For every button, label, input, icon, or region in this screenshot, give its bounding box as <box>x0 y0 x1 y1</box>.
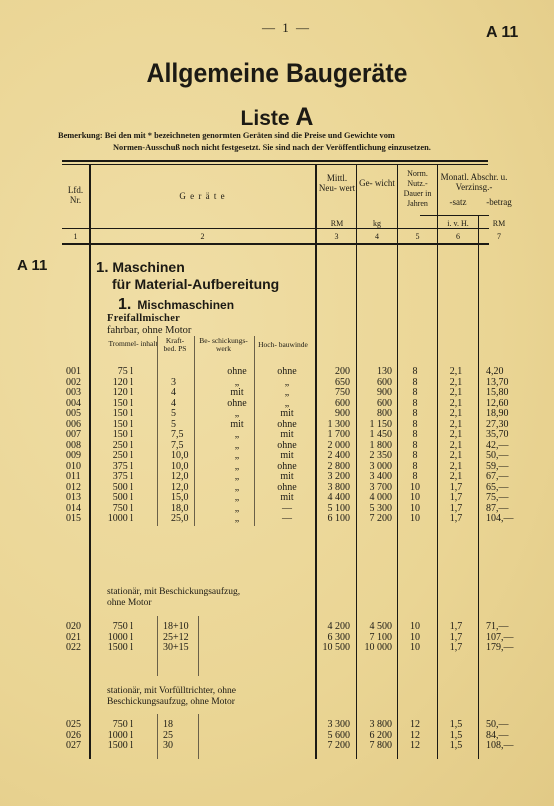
list-label: Liste <box>241 107 290 130</box>
cell-neuwert: 200 <box>335 367 350 377</box>
cell-betrag: 108,— <box>486 741 514 751</box>
page-number: — 1 — <box>262 20 311 36</box>
cell-kraftbedarf: 5 <box>171 409 176 419</box>
cell-satz: 2,1 <box>441 462 471 472</box>
cell-gewicht: 1 150 <box>370 420 393 430</box>
cell-betrag: 13,70 <box>486 378 509 388</box>
cell-nutzdauer: 8 <box>400 472 430 482</box>
cell-trommelinhalt: 120 l <box>113 378 133 388</box>
header-satz-unit: i. v. H. <box>439 219 477 229</box>
cell-satz: 2,1 <box>441 420 471 430</box>
cell-trommelinhalt: 1500 l <box>108 643 133 653</box>
cell-betrag: 35,70 <box>486 430 509 440</box>
colnum-2: 2 <box>90 232 315 241</box>
cell-trommelinhalt: 250 l <box>113 451 133 461</box>
cell-trommelinhalt: 250 l <box>113 441 133 451</box>
cell-hochbauwinde: ohne <box>262 367 312 377</box>
cell-neuwert: 7 200 <box>328 741 351 751</box>
cell-trommelinhalt: 375 l <box>113 472 133 482</box>
cell-nutzdauer: 8 <box>400 430 430 440</box>
cell-nr: 026 <box>66 731 81 741</box>
cell-nr: 027 <box>66 741 81 751</box>
cell-satz: 1,7 <box>441 483 471 493</box>
cell-neuwert: 1 700 <box>328 430 351 440</box>
cell-nutzdauer: 10 <box>400 622 430 632</box>
cell-kraftbedarf: 25 <box>163 731 173 741</box>
table-row: 0151000 l25,0„—6 1007 200101,7104,— <box>0 514 554 524</box>
header-gewicht-unit: kg <box>358 219 396 229</box>
cell-nutzdauer: 12 <box>400 731 430 741</box>
cell-nutzdauer: 10 <box>400 633 430 643</box>
cell-nutzdauer: 10 <box>400 504 430 514</box>
cell-nr: 022 <box>66 643 81 653</box>
cell-beschickungswerk: „ <box>205 409 269 419</box>
cell-neuwert: 2 800 <box>328 462 351 472</box>
cell-kraftbedarf: 5 <box>171 420 176 430</box>
cell-hochbauwinde: ohne <box>262 420 312 430</box>
subheader-trommel: Trommel- inhalt <box>108 340 158 348</box>
cell-satz: 2,1 <box>441 409 471 419</box>
cell-nutzdauer: 8 <box>400 462 430 472</box>
colnum-6: 6 <box>438 232 478 241</box>
cell-nutzdauer: 10 <box>400 493 430 503</box>
cell-satz: 1,7 <box>441 504 471 514</box>
table-row: 014750 l18,0„—5 1005 300101,787,— <box>0 504 554 514</box>
cell-beschickungswerk: „ <box>205 483 269 493</box>
cell-nutzdauer: 8 <box>400 378 430 388</box>
cell-trommelinhalt: 750 l <box>113 504 133 514</box>
page-title: Allgemeine Baugeräte <box>22 58 532 89</box>
table-row: 008250 l7,5„ohne2 0001 80082,142,— <box>0 441 554 451</box>
cell-betrag: 75,— <box>486 493 509 503</box>
cell-kraftbedarf: 10,0 <box>171 462 189 472</box>
cell-beschickungswerk: „ <box>205 451 269 461</box>
cell-gewicht: 800 <box>377 409 392 419</box>
colnum-7: 7 <box>479 232 519 241</box>
cell-beschickungswerk: „ <box>205 514 269 524</box>
cell-hochbauwinde: mit <box>262 430 312 440</box>
table-row: 012500 l12,0„ohne3 8003 700101,765,— <box>0 483 554 493</box>
table-row: 010375 l10,0„ohne2 8003 00082,159,— <box>0 462 554 472</box>
cell-nr: 013 <box>66 493 81 503</box>
cell-kraftbedarf: 10,0 <box>171 451 189 461</box>
cell-neuwert: 900 <box>335 409 350 419</box>
cell-hochbauwinde: mit <box>262 451 312 461</box>
cell-neuwert: 5 100 <box>328 504 351 514</box>
cell-gewicht: 130 <box>377 367 392 377</box>
cell-nutzdauer: 12 <box>400 720 430 730</box>
cell-hochbauwinde: „ <box>262 399 312 409</box>
cell-gewicht: 10 000 <box>365 643 393 653</box>
cell-kraftbedarf: 18 <box>163 720 173 730</box>
cell-nutzdauer: 8 <box>400 388 430 398</box>
header-betrag: -betrag <box>479 197 519 207</box>
cell-betrag: 107,— <box>486 633 514 643</box>
cell-betrag: 67,— <box>486 472 509 482</box>
cell-beschickungswerk: „ <box>205 472 269 482</box>
cell-kraftbedarf: 3 <box>171 378 176 388</box>
cell-trommelinhalt: 750 l <box>113 622 133 632</box>
cell-neuwert: 6 300 <box>328 633 351 643</box>
cell-gewicht: 3 000 <box>370 462 393 472</box>
cell-gewicht: 4 000 <box>370 493 393 503</box>
cell-neuwert: 650 <box>335 378 350 388</box>
cell-kraftbedarf: 18,0 <box>171 504 189 514</box>
table-row: 007150 l7,5„mit1 7001 45082,135,70 <box>0 430 554 440</box>
cell-betrag: 179,— <box>486 643 514 653</box>
colnum-rule <box>62 243 489 245</box>
cell-satz: 2,1 <box>441 441 471 451</box>
cell-hochbauwinde: ohne <box>262 483 312 493</box>
cell-beschickungswerk: „ <box>205 493 269 503</box>
cell-hochbauwinde: mit <box>262 472 312 482</box>
remark-line-2: Normen-Ausschuß noch nicht festgesetzt. … <box>58 142 490 154</box>
cell-nr: 006 <box>66 420 81 430</box>
cell-hochbauwinde: ohne <box>262 441 312 451</box>
cell-nr: 005 <box>66 409 81 419</box>
cell-beschickungswerk: „ <box>205 430 269 440</box>
group-title: Freifallmischer <box>107 313 180 324</box>
table-row: 003120 l4mit„75090082,115,80 <box>0 388 554 398</box>
header-betrag-unit: RM <box>479 219 519 229</box>
colnum-1: 1 <box>62 232 89 241</box>
table-row: 006150 l5mitohne1 3001 15082,127,30 <box>0 420 554 430</box>
cell-beschickungswerk: mit <box>205 388 269 398</box>
cell-hochbauwinde: — <box>262 514 312 524</box>
cell-satz: 1,7 <box>441 493 471 503</box>
cell-nutzdauer: 8 <box>400 367 430 377</box>
cell-gewicht: 7 100 <box>370 633 393 643</box>
table-row: 0211000 l25+126 3007 100101,7107,— <box>0 633 554 643</box>
cell-satz: 1,7 <box>441 643 471 653</box>
cell-nr: 002 <box>66 378 81 388</box>
cell-gewicht: 4 500 <box>370 622 393 632</box>
list-heading: Liste A <box>0 103 554 132</box>
cell-trommelinhalt: 1000 l <box>108 731 133 741</box>
cell-satz: 2,1 <box>441 399 471 409</box>
cell-betrag: 104,— <box>486 514 514 524</box>
header-satz: -satz <box>439 197 477 207</box>
subheader-hoch: Hoch- bauwinde <box>256 341 310 349</box>
remark: Bemerkung: Bei den mit * bezeichneten ge… <box>58 130 490 154</box>
section-title-1: Maschinen <box>112 259 184 275</box>
cell-trommelinhalt: 120 l <box>113 388 133 398</box>
cell-nr: 009 <box>66 451 81 461</box>
cell-kraftbedarf: 4 <box>171 388 176 398</box>
side-section-code: A 11 <box>17 257 47 274</box>
header-gewicht: Ge- wicht <box>358 178 396 188</box>
cell-satz: 1,5 <box>441 731 471 741</box>
cell-betrag: 50,— <box>486 720 509 730</box>
section-number: 1. <box>96 259 109 276</box>
cell-betrag: 42,— <box>486 441 509 451</box>
list-letter: A <box>295 103 313 131</box>
cell-beschickungswerk: ohne <box>205 367 269 377</box>
cell-satz: 2,1 <box>441 472 471 482</box>
colnum-5: 5 <box>398 232 437 241</box>
cell-nr: 020 <box>66 622 81 632</box>
cell-trommelinhalt: 150 l <box>113 409 133 419</box>
cell-neuwert: 1 300 <box>328 420 351 430</box>
header-geraete: G e r ä t e <box>90 191 315 201</box>
cell-nr: 008 <box>66 441 81 451</box>
cell-nutzdauer: 8 <box>400 441 430 451</box>
cell-kraftbedarf: 18+10 <box>163 622 189 632</box>
table-row: 009250 l10,0„mit2 4002 35082,150,— <box>0 451 554 461</box>
cell-satz: 1,7 <box>441 514 471 524</box>
cell-gewicht: 7 200 <box>370 514 393 524</box>
cell-nr: 014 <box>66 504 81 514</box>
group2-line-1: stationär, mit Beschickungsaufzug, <box>107 587 240 598</box>
cell-gewicht: 1 800 <box>370 441 393 451</box>
subsection-heading: 1.Mischmaschinen <box>118 296 234 314</box>
cell-nr: 004 <box>66 399 81 409</box>
cell-kraftbedarf: 7,5 <box>171 441 184 451</box>
cell-satz: 2,1 <box>441 378 471 388</box>
cell-betrag: 65,— <box>486 483 509 493</box>
cell-hochbauwinde: „ <box>262 378 312 388</box>
cell-nr: 012 <box>66 483 81 493</box>
section-heading: 1. Maschinen für Material-Aufbereitung <box>96 259 279 293</box>
table-row: 0261000 l255 6006 200121,584,— <box>0 731 554 741</box>
table-row: 025750 l183 3003 800121,550,— <box>0 720 554 730</box>
cell-beschickungswerk: mit <box>205 420 269 430</box>
group3-line-1: stationär, mit Vorfülltrichter, ohne <box>107 686 236 697</box>
cell-neuwert: 3 200 <box>328 472 351 482</box>
cell-satz: 2,1 <box>441 388 471 398</box>
cell-satz: 2,1 <box>441 367 471 377</box>
cell-trommelinhalt: 150 l <box>113 399 133 409</box>
cell-nutzdauer: 8 <box>400 399 430 409</box>
cell-gewicht: 7 800 <box>370 741 393 751</box>
cell-beschickungswerk: „ <box>205 378 269 388</box>
header-lfd-nr: Lfd. Nr. <box>62 185 89 205</box>
header-monatl-abschr: Monatl. Abschr. u. Verzinsg.- <box>439 172 509 192</box>
cell-nr: 007 <box>66 430 81 440</box>
remark-line-1: Bemerkung: Bei den mit * bezeichneten ge… <box>58 131 395 140</box>
cell-trommelinhalt: 500 l <box>113 493 133 503</box>
cell-gewicht: 600 <box>377 399 392 409</box>
cell-kraftbedarf: 4 <box>171 399 176 409</box>
table-row: 020750 l18+104 2004 500101,771,— <box>0 622 554 632</box>
table-row: 0271500 l307 2007 800121,5108,— <box>0 741 554 751</box>
cell-kraftbedarf: 12,0 <box>171 483 189 493</box>
cell-gewicht: 3 700 <box>370 483 393 493</box>
cell-satz: 2,1 <box>441 451 471 461</box>
cell-neuwert: 2 000 <box>328 441 351 451</box>
cell-nutzdauer: 8 <box>400 420 430 430</box>
header-rule <box>62 228 489 229</box>
cell-satz: 1,7 <box>441 622 471 632</box>
cell-hochbauwinde: „ <box>262 388 312 398</box>
cell-neuwert: 3 800 <box>328 483 351 493</box>
cell-trommelinhalt: 75 l <box>118 367 133 377</box>
table-row: 005150 l5„mit90080082,118,90 <box>0 409 554 419</box>
subsection-title: Mischmaschinen <box>137 298 234 312</box>
group3-line-2: Beschickungsaufzug, ohne Motor <box>107 697 235 708</box>
table-row: 004150 l4ohne„60060082,112,60 <box>0 399 554 409</box>
cell-nutzdauer: 10 <box>400 483 430 493</box>
cell-nr: 003 <box>66 388 81 398</box>
cell-neuwert: 6 100 <box>328 514 351 524</box>
cell-neuwert: 4 200 <box>328 622 351 632</box>
cell-trommelinhalt: 150 l <box>113 430 133 440</box>
cell-nr: 015 <box>66 514 81 524</box>
group-subtitle: fahrbar, ohne Motor <box>107 325 191 336</box>
cell-beschickungswerk: „ <box>205 441 269 451</box>
cell-trommelinhalt: 1000 l <box>108 633 133 643</box>
cell-gewicht: 900 <box>377 388 392 398</box>
cell-beschickungswerk: „ <box>205 504 269 514</box>
table-row: 002120 l3„„65060082,113,70 <box>0 378 554 388</box>
cell-betrag: 18,90 <box>486 409 509 419</box>
cell-neuwert: 10 500 <box>323 643 351 653</box>
cell-nr: 021 <box>66 633 81 643</box>
cell-kraftbedarf: 12,0 <box>171 472 189 482</box>
cell-betrag: 71,— <box>486 622 509 632</box>
cell-trommelinhalt: 1000 l <box>108 514 133 524</box>
colnum-4: 4 <box>357 232 397 241</box>
cell-nr: 001 <box>66 367 81 377</box>
subheader-beschickung: Be- schickungs- werk <box>196 337 251 353</box>
cell-hochbauwinde: — <box>262 504 312 514</box>
cell-beschickungswerk: ohne <box>205 399 269 409</box>
cell-kraftbedarf: 30 <box>163 741 173 751</box>
table-row: 0221500 l30+1510 50010 000101,7179,— <box>0 643 554 653</box>
cell-gewicht: 2 350 <box>370 451 393 461</box>
cell-betrag: 4,20 <box>486 367 504 377</box>
table-top-rule-2 <box>62 164 488 165</box>
cell-betrag: 27,30 <box>486 420 509 430</box>
cell-trommelinhalt: 1500 l <box>108 741 133 751</box>
cell-nutzdauer: 12 <box>400 741 430 751</box>
cell-trommelinhalt: 375 l <box>113 462 133 472</box>
table-top-rule <box>62 160 488 162</box>
cell-betrag: 84,— <box>486 731 509 741</box>
cell-betrag: 50,— <box>486 451 509 461</box>
subsection-number: 1. <box>118 296 131 313</box>
cell-neuwert: 5 600 <box>328 731 351 741</box>
cell-neuwert: 4 400 <box>328 493 351 503</box>
cell-satz: 1,7 <box>441 633 471 643</box>
cell-nr: 025 <box>66 720 81 730</box>
cell-betrag: 87,— <box>486 504 509 514</box>
cell-kraftbedarf: 30+15 <box>163 643 189 653</box>
group2-line-2: ohne Motor <box>107 598 152 609</box>
table-row: 011375 l12,0„mit3 2003 40082,167,— <box>0 472 554 482</box>
cell-nutzdauer: 10 <box>400 643 430 653</box>
cell-hochbauwinde: mit <box>262 409 312 419</box>
cell-neuwert: 750 <box>335 388 350 398</box>
cell-nr: 010 <box>66 462 81 472</box>
cell-gewicht: 3 400 <box>370 472 393 482</box>
header-nutzdauer: Norm. Nutz.- Dauer in Jahren <box>398 169 437 209</box>
cell-kraftbedarf: 25,0 <box>171 514 189 524</box>
cell-gewicht: 6 200 <box>370 731 393 741</box>
cell-nutzdauer: 8 <box>400 409 430 419</box>
section-code: A 11 <box>486 24 518 42</box>
cell-satz: 1,5 <box>441 741 471 751</box>
cell-neuwert: 2 400 <box>328 451 351 461</box>
cell-gewicht: 600 <box>377 378 392 388</box>
table-row: 013500 l15,0„mit4 4004 000101,775,— <box>0 493 554 503</box>
cell-hochbauwinde: ohne <box>262 462 312 472</box>
cell-hochbauwinde: mit <box>262 493 312 503</box>
subheader-kraft: Kraft- bed. PS <box>159 337 191 353</box>
section-title-2: für Material-Aufbereitung <box>96 276 279 293</box>
cell-trommelinhalt: 500 l <box>113 483 133 493</box>
cell-kraftbedarf: 25+12 <box>163 633 189 643</box>
cell-gewicht: 1 450 <box>370 430 393 440</box>
cell-trommelinhalt: 150 l <box>113 420 133 430</box>
table-row: 00175 lohneohne20013082,14,20 <box>0 367 554 377</box>
cell-betrag: 12,60 <box>486 399 509 409</box>
cell-satz: 2,1 <box>441 430 471 440</box>
cell-trommelinhalt: 750 l <box>113 720 133 730</box>
cell-betrag: 15,80 <box>486 388 509 398</box>
cell-kraftbedarf: 7,5 <box>171 430 184 440</box>
cell-nutzdauer: 8 <box>400 451 430 461</box>
colnum-3: 3 <box>317 232 356 241</box>
cell-nr: 011 <box>66 472 81 482</box>
cell-gewicht: 5 300 <box>370 504 393 514</box>
cell-betrag: 59,— <box>486 462 509 472</box>
cell-neuwert: 3 300 <box>328 720 351 730</box>
cell-kraftbedarf: 15,0 <box>171 493 189 503</box>
header-neuwert-unit: RM <box>318 219 356 229</box>
cell-beschickungswerk: „ <box>205 462 269 472</box>
cell-gewicht: 3 800 <box>370 720 393 730</box>
cell-neuwert: 600 <box>335 399 350 409</box>
cell-nutzdauer: 10 <box>400 514 430 524</box>
cell-satz: 1,5 <box>441 720 471 730</box>
header-neuwert: Mittl. Neu- wert <box>318 173 356 193</box>
